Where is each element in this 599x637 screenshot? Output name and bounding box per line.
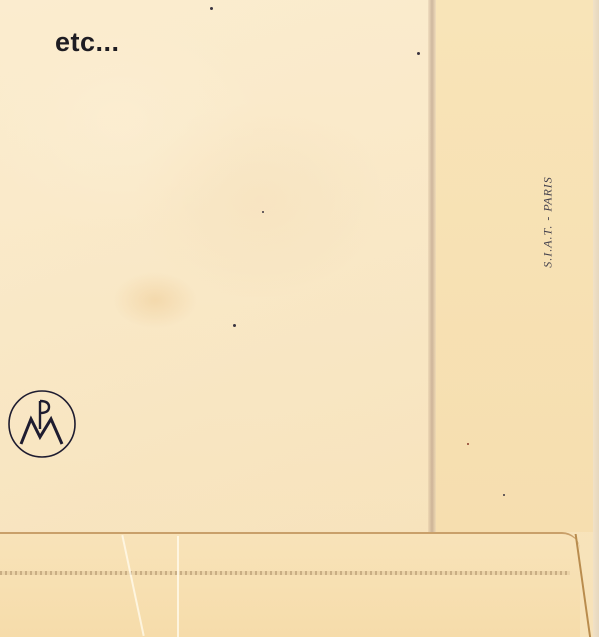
speck <box>467 443 469 445</box>
printer-credit: S.I.A.T. - PARIS <box>541 176 556 268</box>
sleeve-edge <box>593 0 599 637</box>
speck <box>417 52 420 55</box>
speck <box>503 494 505 496</box>
bottom-flap <box>0 532 580 637</box>
perforated-edge <box>0 571 570 575</box>
continuation-text: etc... <box>55 27 120 58</box>
speck <box>262 211 264 213</box>
speck <box>233 324 236 327</box>
right-panel <box>436 0 599 532</box>
pm-monogram-icon <box>7 389 77 459</box>
speck <box>210 7 213 10</box>
crease-line <box>177 536 179 637</box>
vertical-fold-line <box>428 0 436 532</box>
